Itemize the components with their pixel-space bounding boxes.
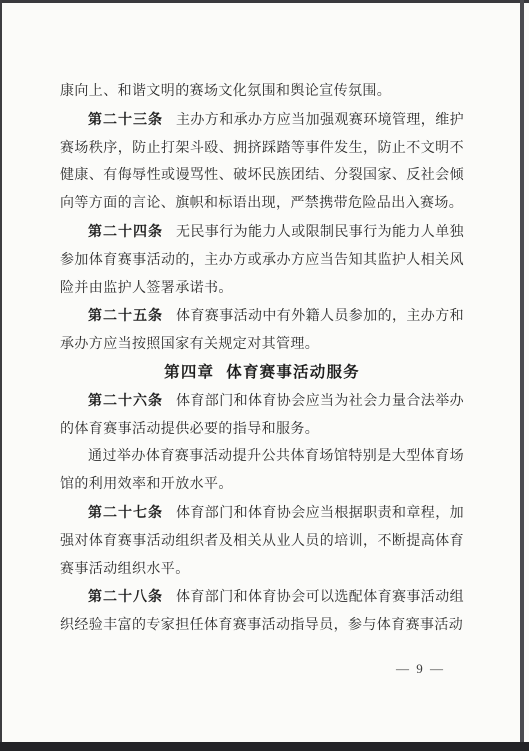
article-26-paragraph: 第二十六条体育部门和体育协会应当为社会力量合法举办的体育赛事活动提供必要的指导和… [60, 387, 464, 444]
scan-edge-left [0, 0, 2, 751]
article-23-paragraph: 第二十三条主办方和承办方应当加强观赛环境管理，维护赛场秩序，防止打架斗殴、拥挤踩… [60, 106, 464, 218]
paragraph-continuation: 康向上、和谐文明的赛场文化氛围和舆论宣传氛围。 [60, 78, 464, 106]
chapter-title: 体育赛事活动服务 [226, 364, 360, 381]
article-number: 第二十七条 [88, 504, 163, 520]
article-27-paragraph: 第二十七条体育部门和体育协会应当根据职责和章程，加强对体育赛事活动组织者及相关从… [60, 499, 464, 583]
chapter-heading: 第四章体育赛事活动服务 [60, 359, 464, 387]
article-25-paragraph: 第二十五条体育赛事活动中有外籍人员参加的，主办方和承办方应当按照国家有关规定对其… [60, 302, 464, 359]
scanned-document-page: 康向上、和谐文明的赛场文化氛围和舆论宣传氛围。 第二十三条主办方和承办方应当加强… [0, 0, 529, 751]
indented-paragraph: 通过举办体育赛事活动提升公共体育场馆特别是大型体育场馆的利用效率和开放水平。 [60, 443, 464, 499]
paragraph-text: 主办方和承办方应当加强观赛环境管理，维护赛场秩序，防止打架斗殴、拥挤踩踏等事件发… [60, 113, 464, 211]
article-number: 第二十五条 [88, 307, 163, 323]
page-number: — 9 — [396, 661, 445, 677]
document-text: 康向上、和谐文明的赛场文化氛围和舆论宣传氛围。 第二十三条主办方和承办方应当加强… [60, 78, 464, 640]
scan-edge-bottom [0, 742, 529, 751]
paragraph-text: 康向上、和谐文明的赛场文化氛围和舆论宣传氛围。 [60, 84, 391, 99]
scan-edge-top [0, 0, 529, 3]
article-28-paragraph: 第二十八条体育部门和体育协会可以选配体育赛事活动组织经验丰富的专家担任体育赛事活… [60, 583, 464, 640]
paragraph-text: 通过举办体育赛事活动提升公共体育场馆特别是大型体育场馆的利用效率和开放水平。 [60, 449, 464, 492]
chapter-number: 第四章 [164, 364, 214, 381]
article-number: 第二十三条 [88, 111, 163, 127]
article-number: 第二十六条 [88, 392, 163, 408]
article-number: 第二十八条 [88, 588, 163, 604]
article-number: 第二十四条 [88, 223, 163, 239]
article-24-paragraph: 第二十四条无民事行为能力人或限制民事行为能力人单独参加体育赛事活动的，主办方或承… [60, 218, 464, 302]
scan-edge-right [520, 0, 524, 751]
